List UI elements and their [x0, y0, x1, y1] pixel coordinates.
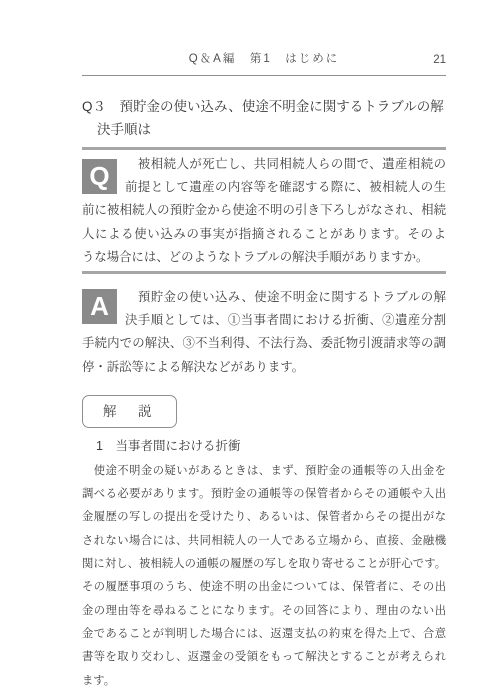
commentary-label: 解 説 — [103, 404, 156, 419]
a-icon: A — [82, 289, 117, 324]
section-heading: 1 当事者間における折衝 — [82, 437, 446, 456]
page-header: Q＆A編 第1 はじめに 21 — [82, 50, 446, 76]
header-section-label: Q＆A編 第1 はじめに — [189, 53, 340, 65]
commentary-label-box: 解 説 — [82, 395, 177, 428]
answer-block: A 預貯金の使い込み、使途不明金に関するトラブルの解決手順としては、①当事者間に… — [82, 286, 446, 379]
answer-text: 預貯金の使い込み、使途不明金に関するトラブルの解決手順としては、①当事者間におけ… — [82, 286, 446, 379]
question-divider-top — [82, 147, 446, 150]
question-text: 被相続人が死亡し、共同相続人らの間で、遺産相続の前提として遺産の内容等を確認する… — [82, 153, 446, 269]
question-title-line2: 決手順は — [82, 118, 446, 141]
page-number: 21 — [433, 54, 446, 66]
page-content-column: Q＆A編 第1 はじめに 21 Q３ 預貯金の使い込み、使途不明金に関するトラブ… — [82, 50, 446, 693]
section-body: 使途不明金の疑いがあるときは、まず、預貯金の通帳等の入出金を調べる必要があります… — [82, 460, 446, 693]
book-page: Q＆A編 第1 はじめに 21 Q３ 預貯金の使い込み、使途不明金に関するトラブ… — [0, 0, 494, 700]
question-divider-bottom — [82, 271, 446, 274]
q-icon: Q — [82, 159, 117, 194]
question-block: Q 被相続人が死亡し、共同相続人らの間で、遺産相続の前提として遺産の内容等を確認… — [82, 153, 446, 269]
question-title: Q３ 預貯金の使い込み、使途不明金に関するトラブルの解 決手順は — [82, 95, 446, 141]
question-title-line1: Q３ 預貯金の使い込み、使途不明金に関するトラブルの解 — [82, 95, 446, 118]
